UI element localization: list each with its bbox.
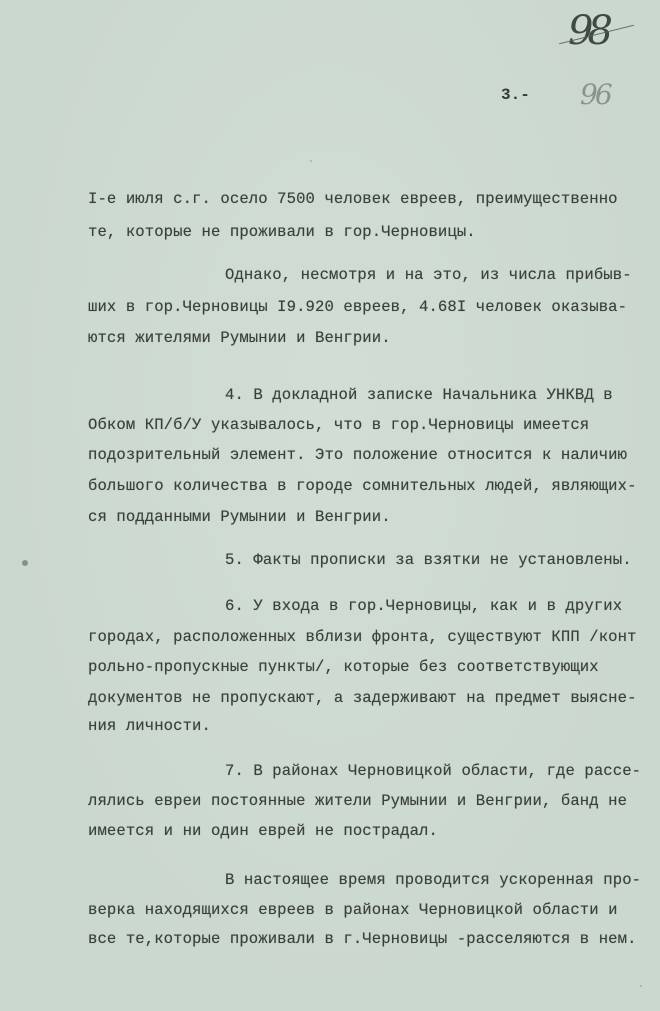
text-line: верка находящихся евреев в районах Черно…	[88, 901, 618, 919]
text-line: лялись евреи постоянные жители Румынии и…	[88, 792, 627, 810]
text-line: те, которые не проживали в гор.Черновицы…	[88, 223, 476, 241]
text-line: большого количества в городе сомнительны…	[88, 477, 637, 495]
text-line: городах, расположенных вблизи фронта, су…	[88, 628, 637, 646]
item-7: 7. В районах Черновицкой области, где ра…	[225, 762, 641, 780]
document-page: 98 96 3.- I-е июля с.г. осело 7500 челов…	[0, 0, 660, 1011]
text-line: ния личности.	[88, 717, 211, 735]
text-line: ших в гор.Черновицы I9.920 евреев, 4.68I…	[88, 298, 627, 316]
paper-speck	[640, 985, 642, 987]
text-line: документов не пропускают, а задерживают …	[88, 689, 637, 707]
text-line: подозрительный элемент. Это положение от…	[88, 446, 627, 464]
margin-mark	[22, 560, 28, 566]
paragraph-start: Однако, несмотря и на это, из числа приб…	[225, 266, 632, 284]
text-line: Обком КП/б/У указывалось, что в гор.Черн…	[88, 416, 589, 434]
item-5: 5. Факты прописки за взятки не установле…	[225, 551, 632, 569]
paper-speck	[420, 640, 422, 642]
text-line: I-е июля с.г. осело 7500 человек евреев,…	[88, 190, 618, 208]
corrected-folio-number: 96	[580, 78, 610, 111]
text-line: все те,которые проживали в г.Черновицы -…	[88, 930, 637, 948]
text-line: ся подданными Румынии и Венгрии.	[88, 508, 391, 526]
item-6: 6. У входа в гор.Черновицы, как и в друг…	[225, 597, 622, 615]
paper-speck	[310, 160, 312, 162]
struck-folio-number: 98	[568, 8, 607, 54]
paragraph-start: В настоящее время проводится ускоренная …	[225, 871, 641, 889]
text-line: рольно-пропускные пункты/, которые без с…	[88, 658, 599, 676]
item-4: 4. В докладной записке Начальника УНКВД …	[225, 386, 613, 404]
page-number: 3.-	[501, 86, 530, 104]
text-line: ются жителями Румынии и Венгрии.	[88, 329, 391, 347]
text-line: имеется и ни один еврей не пострадал.	[88, 822, 438, 840]
